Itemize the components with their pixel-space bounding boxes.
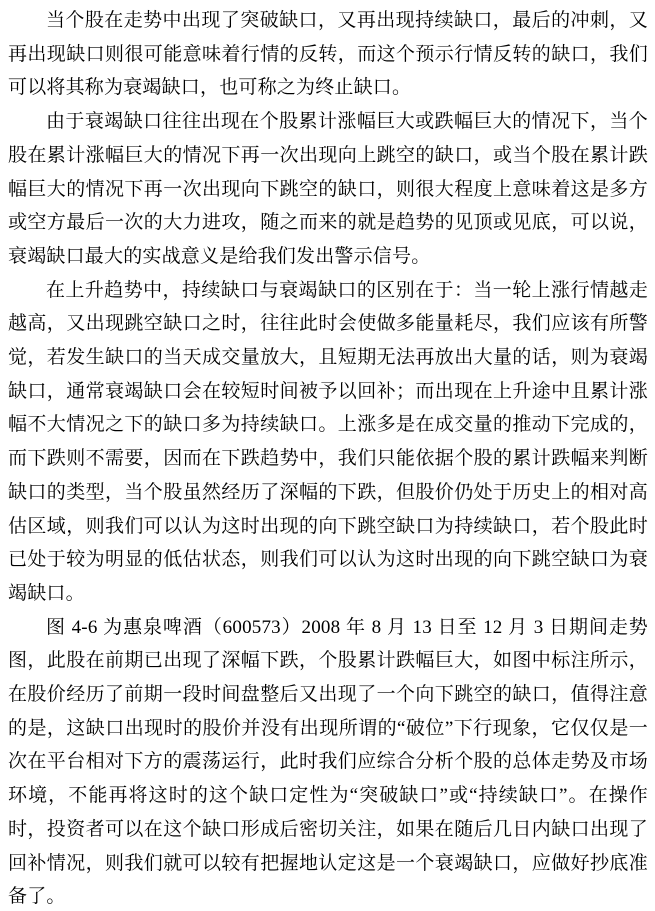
- paragraph-exhaustion-gap-definition: 当个股在走势中出现了突破缺口，又再出现持续缺口，最后的冲刺，又再出现缺口则很可能…: [8, 4, 648, 105]
- document-page: 当个股在走势中出现了突破缺口，又再出现持续缺口，最后的冲刺，又再出现缺口则很可能…: [0, 0, 655, 911]
- paragraph-exhaustion-gap-context: 由于衰竭缺口往往出现在个股累计涨幅巨大或跌幅巨大的情况下，当个股在累计涨幅巨大的…: [8, 105, 648, 274]
- paragraph-figure-4-6-case-study: 图 4-6 为惠泉啤酒（600573）2008 年 8 月 13 日至 12 月…: [8, 611, 648, 911]
- scanned-book-page: { "colors": { "background": "#ffffff", "…: [0, 0, 655, 911]
- paragraph-continuation-vs-exhaustion: 在上升趋势中，持续缺口与衰竭缺口的区别在于：当一轮上涨行情越走越高，又出现跳空缺…: [8, 274, 648, 611]
